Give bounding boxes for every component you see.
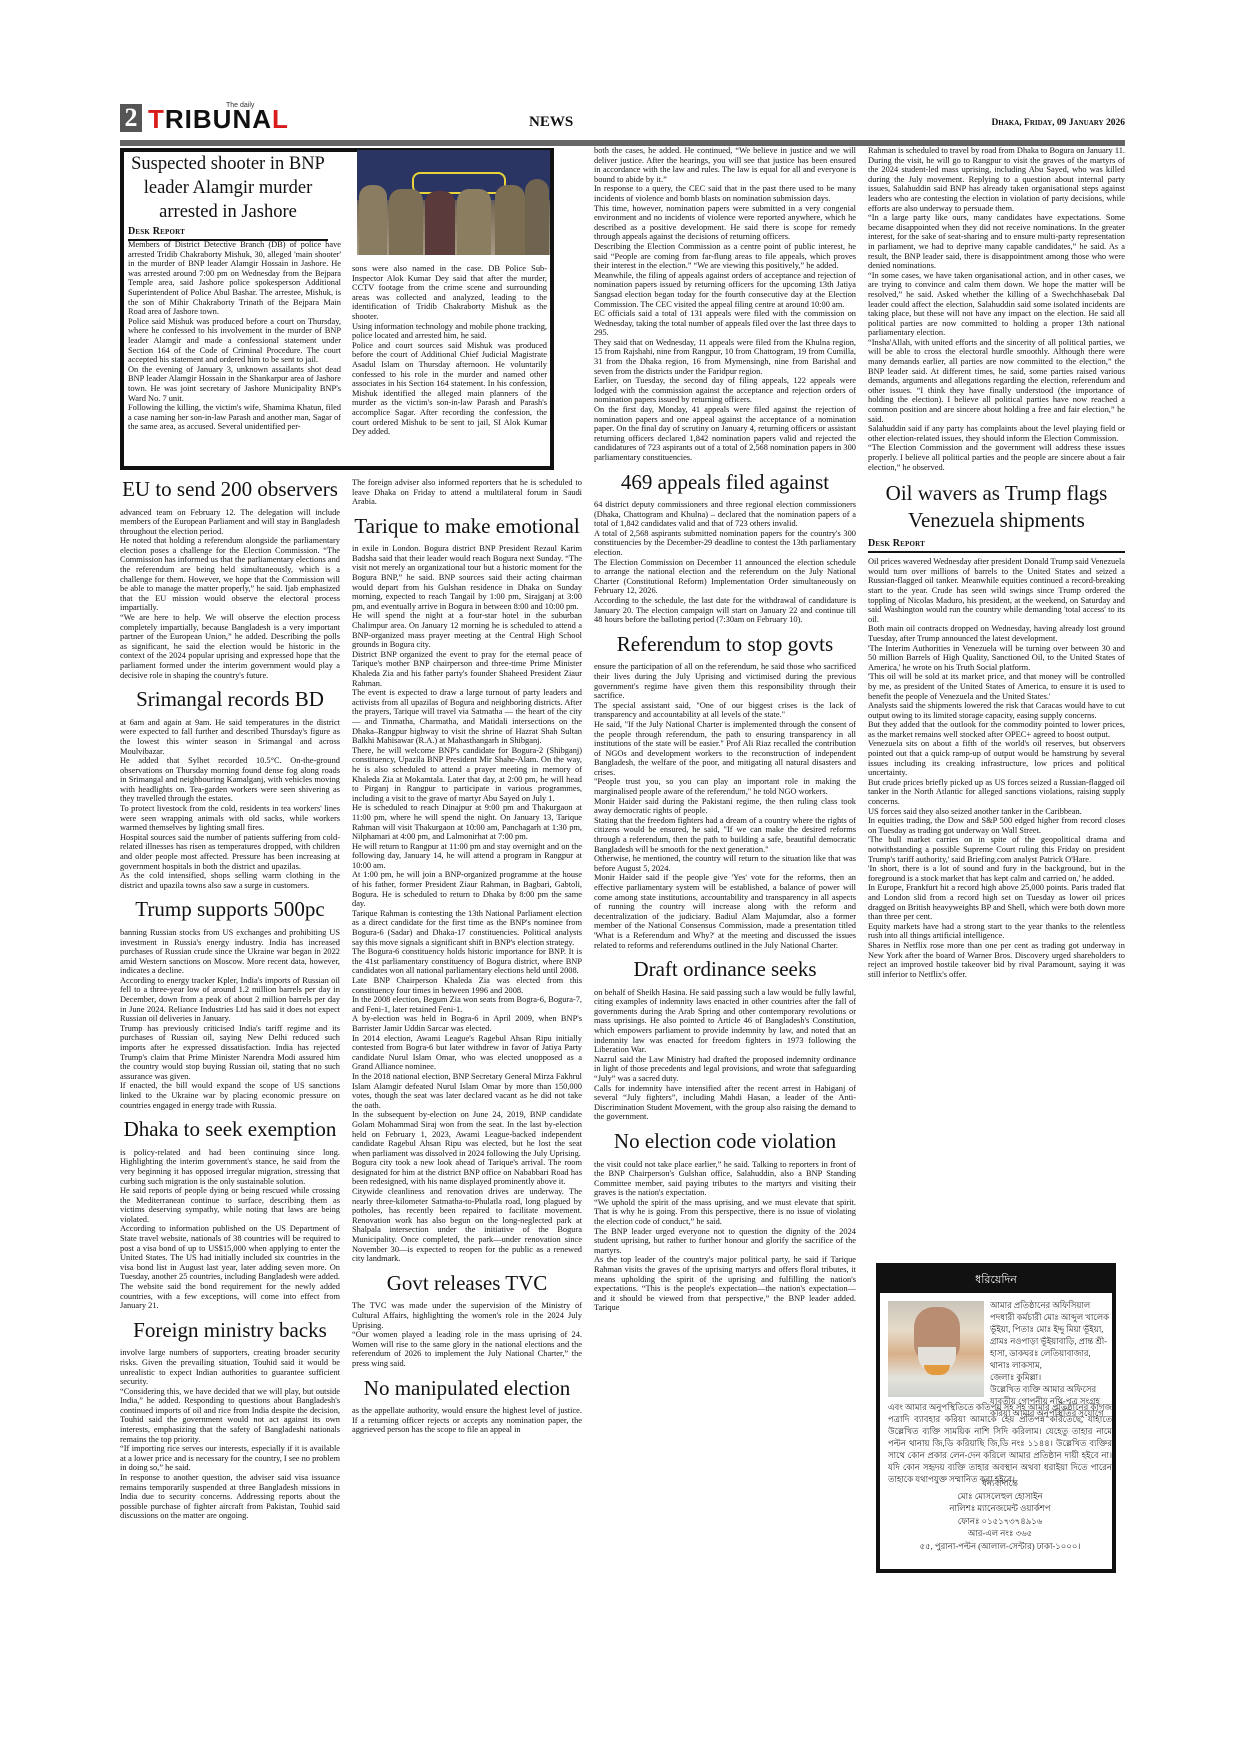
tarique-headline: Tarique to make emotional <box>352 515 582 539</box>
logo-prefix: T <box>148 104 165 134</box>
referendum-body: ensure the participation of all on the r… <box>594 662 856 950</box>
cec-continued: both the cases, he added. He continued, … <box>594 146 856 463</box>
notice-advertisement: ধরিয়েদিন আমার প্রতিষ্ঠানের অফিসিয়াল পদধা… <box>876 1263 1116 1573</box>
column-4: Rahman is scheduled to travel by road fr… <box>868 146 1125 979</box>
lead-headline-text: Suspected shooter in BNP leader Alamgir … <box>128 152 328 224</box>
masthead: 2 The daily TRIBUNAL NEWS Dhaka, Friday,… <box>120 100 1125 136</box>
foreign-body: involve large numbers of supporters, cre… <box>120 1348 340 1521</box>
officer-3 <box>457 189 491 255</box>
page-number: 2 <box>120 104 142 132</box>
dhaka-headline: Dhaka to seek exemption <box>120 1118 340 1142</box>
manipulated-headline: No manipulated election <box>352 1377 582 1401</box>
eu-body: advanced team on February 12. The delega… <box>120 508 340 681</box>
oil-body: Oil prices wavered Wednesday after presi… <box>868 557 1125 979</box>
lead-byline: Desk Report <box>128 226 328 241</box>
lead-col1: Members of District Detective Branch (DB… <box>128 240 341 432</box>
officer-2 <box>389 189 423 255</box>
section-label: NEWS <box>529 114 573 131</box>
column-2: The foreign adviser also informed report… <box>352 478 582 1435</box>
notice-signature: ধন্যবাদান্তে মোঃ মোসলেহুল হোসাইন নালিশঃ … <box>888 1477 1112 1552</box>
appeals-body: 64 district deputy commissioners and thr… <box>594 500 856 625</box>
suspect <box>425 191 455 255</box>
ordinance-headline: Draft ordinance seeks <box>594 958 856 982</box>
column-3: both the cases, he added. He continued, … <box>594 146 856 1313</box>
tvc-body: The TVC was made under the supervision o… <box>352 1301 582 1368</box>
logo-main: RIBUNA <box>165 104 272 134</box>
eu-headline: EU to send 200 observers <box>120 478 340 502</box>
foreign-adviser-tail: The foreign adviser also informed report… <box>352 478 582 507</box>
srimangal-headline: Srimangal records BD <box>120 688 340 712</box>
trump-headline: Trump supports 500pc <box>120 898 340 922</box>
logo-suffix: L <box>272 104 289 134</box>
lead-photo <box>357 150 550 255</box>
officer-5 <box>525 179 549 255</box>
manipulated-body: as the appellate authority, would ensure… <box>352 1406 582 1435</box>
appeals-headline: 469 appeals filed against <box>594 471 856 495</box>
notice-portrait <box>888 1301 984 1397</box>
portrait-beard-tint <box>924 1365 950 1375</box>
oil-byline: Desk Report <box>868 538 1125 553</box>
lead-headline-wrap: Suspected shooter in BNP leader Alamgir … <box>128 152 328 224</box>
banner-lettering <box>412 172 506 194</box>
code-violation-body: the visit could not take place earlier,”… <box>594 1160 856 1314</box>
foreign-headline: Foreign ministry backs <box>120 1319 340 1343</box>
newspaper-logo: TRIBUNAL <box>148 104 289 134</box>
officer-4 <box>495 185 525 255</box>
notice-text-full: এবং আমার অনুপস্থিতিতে কতিপয় সহ সহ আমার প… <box>888 1401 1112 1485</box>
dhaka-body: is policy-related and had been continuin… <box>120 1148 340 1311</box>
trump-body: banning Russian stocks from US exchanges… <box>120 928 340 1110</box>
dateline: Dhaka, Friday, 09 January 2026 <box>991 118 1125 128</box>
notice-title: ধরিয়েদিন <box>880 1267 1112 1293</box>
srimangal-body: at 6am and again at 9am. He said tempera… <box>120 718 340 891</box>
column-1: EU to send 200 observers advanced team o… <box>120 476 340 1521</box>
tarique-body: in exile in London. Bogura district BNP … <box>352 544 582 1264</box>
code-violation-headline: No election code violation <box>594 1130 856 1154</box>
officer-1 <box>359 185 387 255</box>
oil-headline: Oil wavers as Trump flags Venezuela ship… <box>868 480 1125 534</box>
referendum-headline: Referendum to stop govts <box>594 633 856 657</box>
lead-col2: sons were also named in the case. DB Pol… <box>352 264 547 437</box>
ordinance-body: on behalf of Sheikh Hasina. He said pass… <box>594 988 856 1122</box>
salahuddin-continued: Rahman is scheduled to travel by road fr… <box>868 146 1125 472</box>
tvc-headline: Govt releases TVC <box>352 1272 582 1296</box>
